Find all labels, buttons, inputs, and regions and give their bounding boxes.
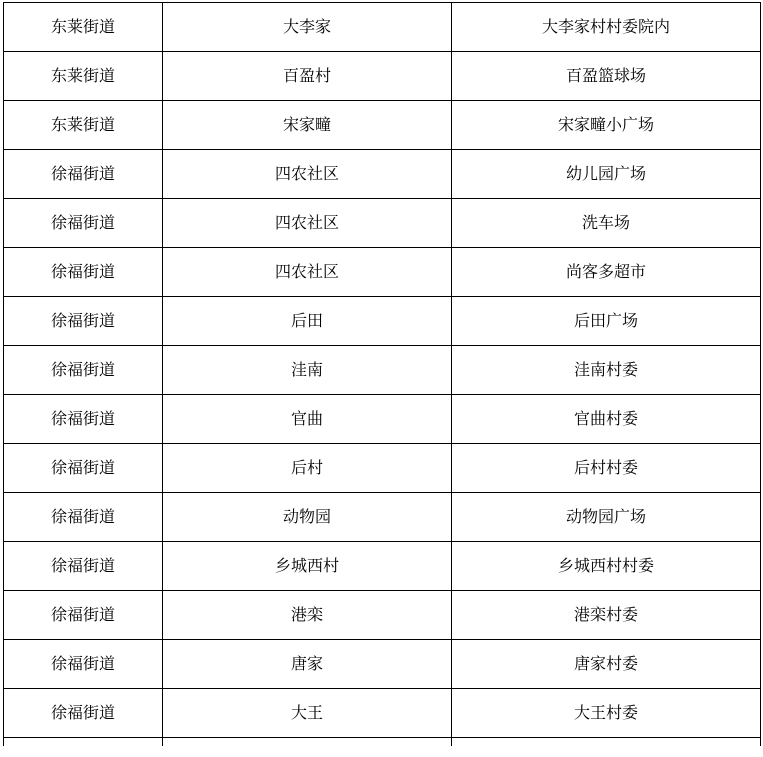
village-cell: 洼南 — [163, 346, 452, 395]
location-cell: 百盈篮球场 — [452, 52, 761, 101]
village-cell: 乡城西村 — [163, 542, 452, 591]
village-cell: 后田 — [163, 297, 452, 346]
table-row-continuation — [4, 738, 761, 747]
location-cell: 后村村委 — [452, 444, 761, 493]
location-cell: 大王村委 — [452, 689, 761, 738]
street-cell: 徐福街道 — [4, 444, 163, 493]
street-cell: 徐福街道 — [4, 640, 163, 689]
location-cell: 港栾村委 — [452, 591, 761, 640]
village-cell: 四农社区 — [163, 199, 452, 248]
location-cell: 大李家村村委院内 — [452, 3, 761, 52]
table-row: 徐福街道 唐家 唐家村委 — [4, 640, 761, 689]
location-cell: 幼儿园广场 — [452, 150, 761, 199]
table-row: 东莱街道 宋家疃 宋家疃小广场 — [4, 101, 761, 150]
street-cell: 徐福街道 — [4, 150, 163, 199]
location-cell: 后田广场 — [452, 297, 761, 346]
location-cell: 动物园广场 — [452, 493, 761, 542]
empty-cell — [4, 738, 163, 747]
street-cell: 徐福街道 — [4, 493, 163, 542]
location-cell: 尚客多超市 — [452, 248, 761, 297]
street-cell: 东莱街道 — [4, 3, 163, 52]
village-cell: 唐家 — [163, 640, 452, 689]
empty-cell — [452, 738, 761, 747]
table-row: 东莱街道 大李家 大李家村村委院内 — [4, 3, 761, 52]
street-cell: 徐福街道 — [4, 591, 163, 640]
street-cell: 徐福街道 — [4, 395, 163, 444]
street-cell: 东莱街道 — [4, 101, 163, 150]
street-cell: 徐福街道 — [4, 346, 163, 395]
table-row: 东莱街道 百盈村 百盈篮球场 — [4, 52, 761, 101]
village-cell: 四农社区 — [163, 248, 452, 297]
table-row: 徐福街道 洼南 洼南村委 — [4, 346, 761, 395]
locations-table: 东莱街道 大李家 大李家村村委院内 东莱街道 百盈村 百盈篮球场 东莱街道 宋家… — [3, 2, 761, 746]
street-cell: 徐福街道 — [4, 689, 163, 738]
table-row: 徐福街道 官曲 官曲村委 — [4, 395, 761, 444]
locations-table-container: 东莱街道 大李家 大李家村村委院内 东莱街道 百盈村 百盈篮球场 东莱街道 宋家… — [3, 2, 761, 746]
village-cell: 港栾 — [163, 591, 452, 640]
table-row: 徐福街道 动物园 动物园广场 — [4, 493, 761, 542]
table-body: 东莱街道 大李家 大李家村村委院内 东莱街道 百盈村 百盈篮球场 东莱街道 宋家… — [4, 3, 761, 747]
empty-cell — [163, 738, 452, 747]
street-cell: 徐福街道 — [4, 199, 163, 248]
street-cell: 徐福街道 — [4, 248, 163, 297]
location-cell: 乡城西村村委 — [452, 542, 761, 591]
village-cell: 四农社区 — [163, 150, 452, 199]
street-cell: 徐福街道 — [4, 297, 163, 346]
village-cell: 后村 — [163, 444, 452, 493]
table-row: 徐福街道 四农社区 洗车场 — [4, 199, 761, 248]
table-row: 徐福街道 后村 后村村委 — [4, 444, 761, 493]
location-cell: 唐家村委 — [452, 640, 761, 689]
table-row: 徐福街道 乡城西村 乡城西村村委 — [4, 542, 761, 591]
table-row: 徐福街道 大王 大王村委 — [4, 689, 761, 738]
street-cell: 东莱街道 — [4, 52, 163, 101]
village-cell: 宋家疃 — [163, 101, 452, 150]
location-cell: 洗车场 — [452, 199, 761, 248]
village-cell: 官曲 — [163, 395, 452, 444]
location-cell: 官曲村委 — [452, 395, 761, 444]
table-row: 徐福街道 四农社区 幼儿园广场 — [4, 150, 761, 199]
location-cell: 洼南村委 — [452, 346, 761, 395]
village-cell: 大李家 — [163, 3, 452, 52]
table-row: 徐福街道 港栾 港栾村委 — [4, 591, 761, 640]
village-cell: 大王 — [163, 689, 452, 738]
street-cell: 徐福街道 — [4, 542, 163, 591]
village-cell: 百盈村 — [163, 52, 452, 101]
location-cell: 宋家疃小广场 — [452, 101, 761, 150]
village-cell: 动物园 — [163, 493, 452, 542]
table-row: 徐福街道 后田 后田广场 — [4, 297, 761, 346]
table-row: 徐福街道 四农社区 尚客多超市 — [4, 248, 761, 297]
